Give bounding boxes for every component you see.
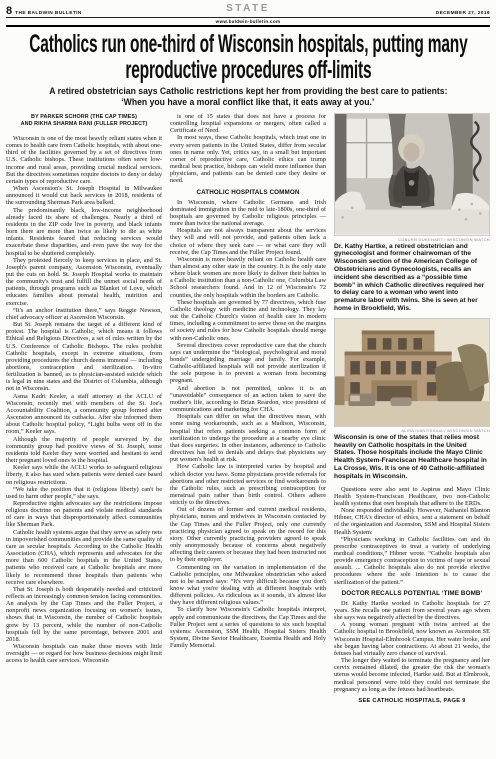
newspaper-page: 8 THE BALDWIN BULLETIN STATE DECEMBER 27… [0,0,496,759]
paragraph: None responded individually. However, Na… [334,507,490,536]
paragraph: Dr. Kathy Hartke worked in Catholic hosp… [334,600,490,621]
paragraph: Wisconsin is more heavily reliant on Cat… [170,256,326,299]
byline: BY PARKER SCHORR (THE CAP TIMES) AND RIK… [6,114,162,128]
subhead: A retired obstetrician says Catholic res… [6,86,490,108]
paragraph: That St. Joseph is both desperately need… [6,586,162,643]
continuation-line: SEE CATHOLIC HOSPITALS, PAGE 9 [334,698,490,704]
byline-line-2: AND RIKHA SHARMA RANI (FULLER PROJECT) [6,121,162,128]
paragraph: “Physicians working in Catholic faciliti… [334,536,490,586]
paragraph: Reproductive rights advocates say the re… [6,500,162,529]
headline-line-2: reproductive procedures off-limits [125,57,371,83]
headline: Catholics run one-third of Wisconsin hos… [6,31,490,83]
headline-line-1: Catholics run one-third of Wisconsin hos… [29,31,467,57]
masthead: 8 THE BALDWIN BULLETIN STATE DECEMBER 27… [6,3,490,16]
paragraph: “We take the position that it (religious… [6,486,162,500]
photo-dr-hartke [334,113,490,236]
column-3-text-top: Questions were also sent to Aspirus and … [334,486,490,586]
paragraph: How Catholic law is interpreted varies b… [170,463,326,506]
column-2: is one of 15 states that does not have a… [170,113,326,750]
paragraph: Asma Kadri Keeler, a staff attorney at t… [6,393,162,436]
paragraph: When Ascension's St. Joseph Hospital in … [6,185,162,206]
paragraph: In most ways, these Catholic hospitals, … [170,134,326,184]
subhead-line-1: A retired obstetrician says Catholic res… [49,86,447,97]
paragraph: But St. Joseph remains the target of a d… [6,321,162,393]
column-1: BY PARKER SCHORR (THE CAP TIMES) AND RIK… [6,113,162,750]
masthead-rule-thick [6,25,490,27]
photo-caption: Wisconsin is one of the states that reli… [334,434,490,481]
photo-credit: ALISA IVANITSKAIA / WISCONSIN WATCH [334,428,490,433]
paragraph: is one of 15 states that does not have a… [170,113,326,134]
paragraph: Out of dozens of former and current medi… [170,506,326,563]
paragraph: To clarify how Wisconsin's Catholic hosp… [170,606,326,649]
masthead-center: STATE [167,0,328,16]
paragraph: Commenting on the variation in implement… [170,564,326,607]
paragraph: Although the majority of people surveyed… [6,436,162,465]
byline-line-1: BY PARKER SCHORR (THE CAP TIMES) [6,114,162,121]
paragraph: “It's an anchor institution there,” says… [6,307,162,321]
paragraph: Keeler says while the ACLU works to safe… [6,464,162,485]
figure-hospital: ALISA IVANITSKAIA / WISCONSIN WATCH Wisc… [334,318,490,481]
article-columns: BY PARKER SCHORR (THE CAP TIMES) AND RIK… [6,113,490,750]
paragraph: In Wisconsin, where Catholic Germans and… [170,199,326,228]
continuation-text: SEE CATHOLIC HOSPITALS, PAGE 9 [358,698,465,704]
paragraph: Questions were also sent to Aspirus and … [334,486,490,507]
paragraph: Hospitals can differ on what the directi… [170,413,326,463]
publication-name: THE BALDWIN BULLETIN [15,11,82,16]
paragraph: They protested fiercely to keep services… [6,257,162,307]
page-number: 8 [6,6,12,16]
figure-dr-hartke: COBURN DUKEHART / WISCONSIN WATCH Dr. Ka… [334,113,490,313]
paragraph: These hospitals are governed by 77 direc… [170,299,326,342]
subheading-doctor-recalls: DOCTOR RECALLS POTENTIAL ‘TIME BOMB’ [334,590,490,597]
photo-credit: COBURN DUKEHART / WISCONSIN WATCH [334,237,490,242]
photo-caption: Dr. Kathy Hartke, a retired obstetrician… [334,243,490,313]
paragraph: The longer they waited to terminate the … [334,657,490,693]
paragraph: The predominantly black, low-income neig… [6,207,162,257]
column-2-text: In Wisconsin, where Catholic Germans and… [170,199,326,650]
masthead-left: 8 THE BALDWIN BULLETIN [6,6,167,16]
column-1-text: Wisconsin is one of the most heavily rel… [6,135,162,665]
paragraph: Wisconsin is one of the most heavily rel… [6,135,162,185]
issue-date: DECEMBER 27, 2019 [329,11,490,16]
photo-hospital [334,318,490,427]
paragraph: Several directives cover reproductive ca… [170,342,326,385]
column-3: COBURN DUKEHART / WISCONSIN WATCH Dr. Ka… [334,113,490,750]
subhead-line-2: ‘When you have a moral conflict like tha… [121,97,374,108]
subheading-catholic-hospitals-common: CATHOLIC HOSPITALS COMMON [170,189,326,196]
section-title: STATE [226,3,270,14]
paragraph: Catholic health systems argue that they … [6,529,162,586]
website-url: www.baldwin-bulletin.com [6,18,490,25]
column-3-text-bottom: Dr. Kathy Hartke worked in Catholic hosp… [334,600,490,693]
paragraph: Wisconsin hospitals can make these moves… [6,643,162,664]
paragraph: Hospitals are not always transparent abo… [170,227,326,256]
paragraph: A young woman pregnant with twins arrive… [334,621,490,657]
column-2-intro: is one of 15 states that does not have a… [170,113,326,185]
paragraph: And abortion is not permitted, unless it… [170,385,326,414]
